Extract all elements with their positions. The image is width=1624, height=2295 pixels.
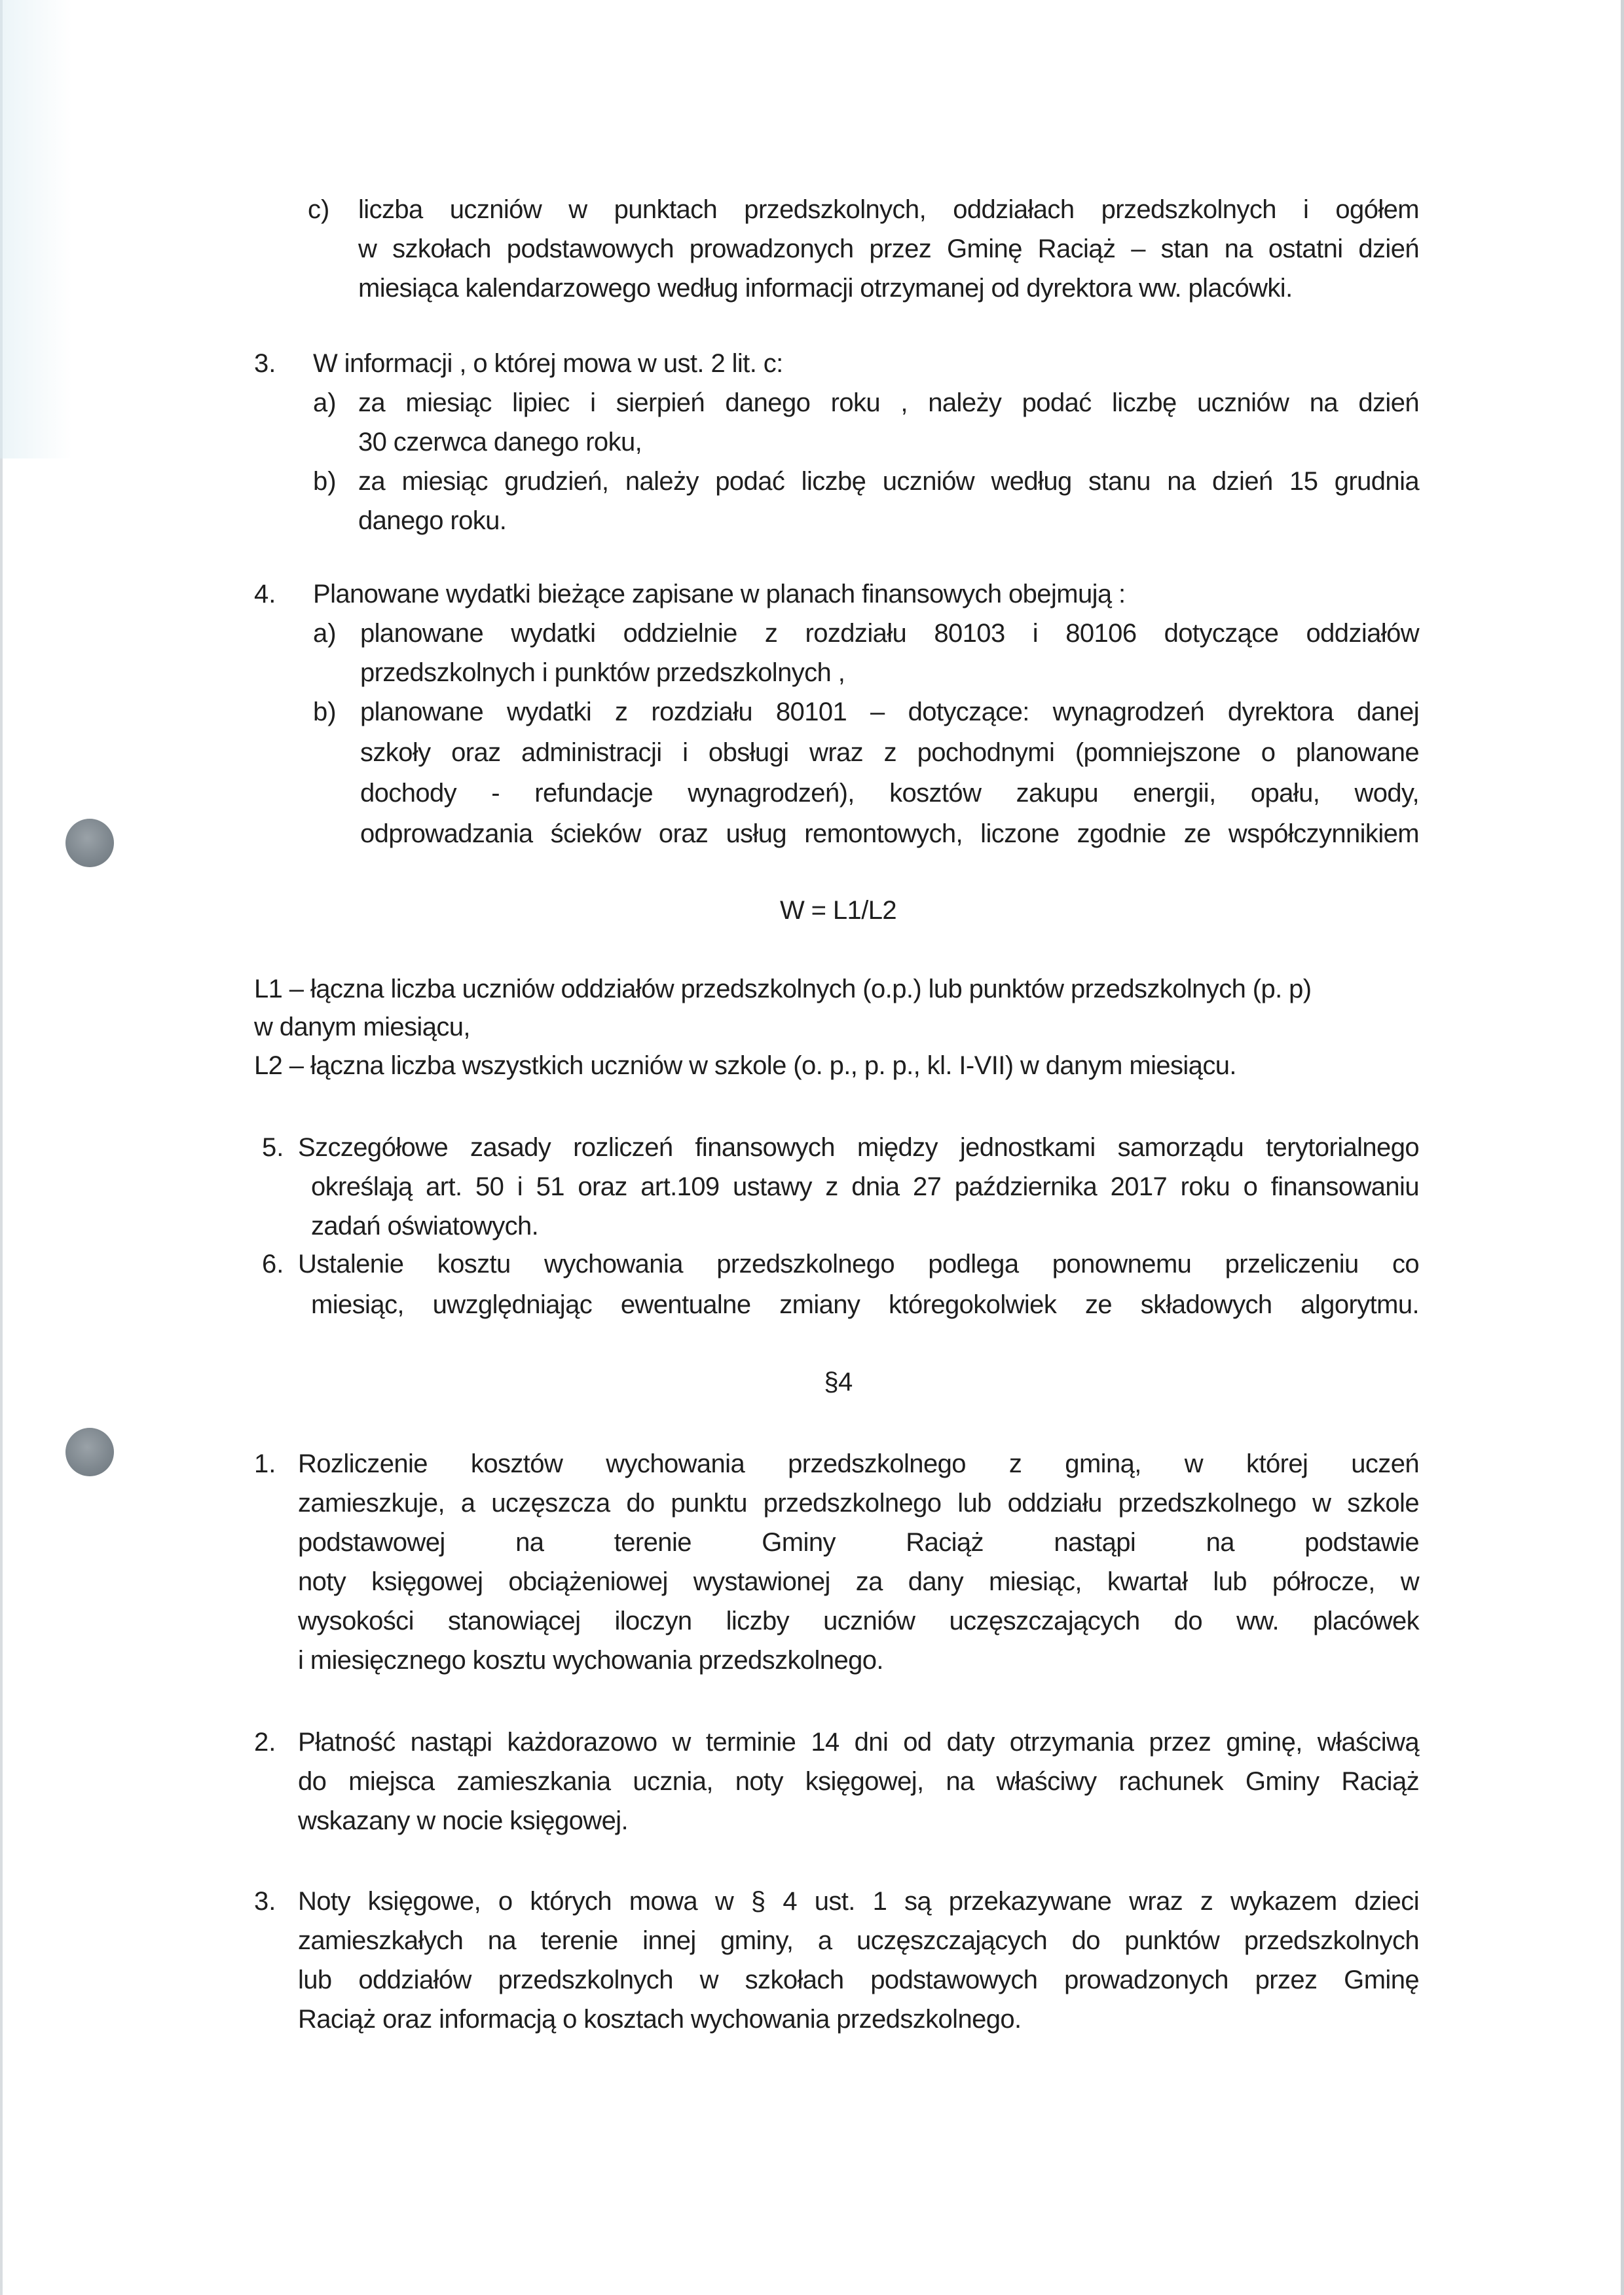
scan-artifact xyxy=(0,0,72,458)
text-line: szkoły oraz administracji i obsługi wraz… xyxy=(360,733,1419,772)
text-line: lub oddziałów przedszkolnych w szkołach … xyxy=(298,1960,1419,2000)
list-marker: 5. xyxy=(262,1128,284,1167)
text-line: noty księgowej obciążeniowej wystawionej… xyxy=(298,1562,1419,1601)
text-line: podstawowej na terenie Gminy Raciąż nast… xyxy=(298,1523,1419,1562)
scanned-page: c) liczba uczniów w punktach przedszkoln… xyxy=(0,0,1624,2295)
list-marker: 1. xyxy=(254,1444,276,1483)
list-marker: 3. xyxy=(254,1882,276,1921)
list-marker: 3. xyxy=(254,344,276,383)
text-line: przedszkolnych i punktów przedszkolnych … xyxy=(360,653,845,692)
section-title: §4 xyxy=(0,1362,1624,1402)
text-line: za miesiąc lipiec i sierpień danego roku… xyxy=(358,383,1419,422)
list-marker: a) xyxy=(313,614,337,653)
text-line: Płatność nastąpi każdorazowo w terminie … xyxy=(298,1723,1419,1762)
text-line: Szczegółowe zasady rozliczeń finansowych… xyxy=(298,1128,1419,1167)
definition-line: L2 – łączna liczba wszystkich uczniów w … xyxy=(254,1046,1236,1085)
paragraph-heading: Planowane wydatki bieżące zapisane w pla… xyxy=(313,574,1126,614)
page-edge-right xyxy=(1621,0,1624,2295)
list-marker: 2. xyxy=(254,1723,276,1762)
definition-line: L1 – łączna liczba uczniów oddziałów prz… xyxy=(254,969,1312,1009)
text-line: za miesiąc grudzień, należy podać liczbę… xyxy=(358,462,1419,501)
text-line: danego roku. xyxy=(358,501,506,540)
formula: W = L1/L2 xyxy=(0,891,1624,930)
list-marker: a) xyxy=(313,383,337,422)
text-line: zadań oświatowych. xyxy=(311,1206,538,1246)
text-line: miesiąca kalendarzowego według informacj… xyxy=(358,269,1293,308)
punch-hole-icon xyxy=(65,1428,114,1476)
text-line: określają art. 50 i 51 oraz art.109 usta… xyxy=(311,1167,1419,1206)
text-line: Noty księgowe, o których mowa w § 4 ust.… xyxy=(298,1882,1419,1921)
text-line: zamieszkuje, a uczęszcza do punktu przed… xyxy=(298,1483,1419,1523)
text-line: i miesięcznego kosztu wychowania przedsz… xyxy=(298,1641,883,1680)
text-line: do miejsca zamieszkania ucznia, noty ksi… xyxy=(298,1762,1419,1801)
text-line: zamieszkałych na terenie innej gminy, a … xyxy=(298,1921,1419,1960)
text-line: planowane wydatki oddzielnie z rozdziału… xyxy=(360,614,1419,653)
text-line: Ustalenie kosztu wychowania przedszkolne… xyxy=(298,1244,1419,1284)
text-line: dochody - refundacje wynagrodzeń), koszt… xyxy=(360,774,1419,813)
text-line: planowane wydatki z rozdziału 80101 – do… xyxy=(360,692,1419,732)
punch-hole-icon xyxy=(65,819,114,867)
list-marker: b) xyxy=(313,692,337,732)
text-line: wskazany w nocie księgowej. xyxy=(298,1801,628,1840)
list-marker: b) xyxy=(313,462,337,501)
text-line: w szkołach podstawowych prowadzonych prz… xyxy=(358,229,1419,269)
text-line: Rozliczenie kosztów wychowania przedszko… xyxy=(298,1444,1419,1483)
list-marker: 6. xyxy=(262,1244,284,1284)
definition-line: w danym miesiącu, xyxy=(254,1007,470,1047)
text-line: odprowadzania ścieków oraz usług remonto… xyxy=(360,814,1419,853)
list-marker: 4. xyxy=(254,574,276,614)
text-line: miesiąc, uwzględniając ewentualne zmiany… xyxy=(311,1285,1419,1324)
text-line: Raciąż oraz informacją o kosztach wychow… xyxy=(298,2000,1022,2039)
text-line: wysokości stanowiącej iloczyn liczby ucz… xyxy=(298,1601,1419,1641)
text-line: 30 czerwca danego roku, xyxy=(358,422,642,462)
text-line: liczba uczniów w punktach przedszkolnych… xyxy=(358,190,1419,229)
paragraph-heading: W informacji , o której mowa w ust. 2 li… xyxy=(313,344,783,383)
list-marker: c) xyxy=(308,190,329,229)
